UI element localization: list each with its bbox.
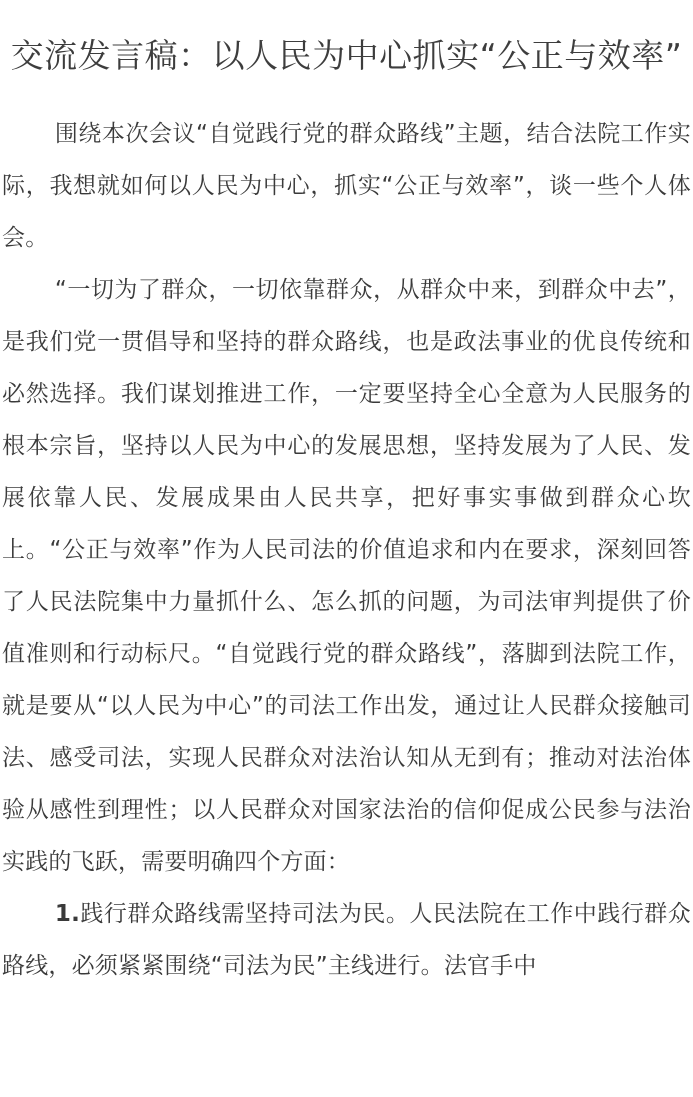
article-body: 围绕本次会议“自觉践行党的群众路线”主题，结合法院工作实际，我想就如何以人民为中… bbox=[2, 108, 691, 992]
article: 交流发言稿：以人民为中心抓实“公正与效率” 围绕本次会议“自觉践行党的群众路线”… bbox=[0, 0, 693, 992]
list-number: 1. bbox=[55, 901, 80, 927]
article-title: 交流发言稿：以人民为中心抓实“公正与效率” bbox=[2, 0, 691, 82]
paragraph-text: 践行群众路线需坚持司法为民。人民法院在工作中践行群众路线，必须紧紧围绕“司法为民… bbox=[2, 901, 691, 979]
paragraph-point-1: 1.践行群众路线需坚持司法为民。人民法院在工作中践行群众路线，必须紧紧围绕“司法… bbox=[2, 888, 691, 992]
paragraph-mass-line: “一切为了群众，一切依靠群众，从群众中来，到群众中去”，是我们党一贯倡导和坚持的… bbox=[2, 264, 691, 888]
paragraph-text: 围绕本次会议“自觉践行党的群众路线”主题，结合法院工作实际，我想就如何以人民为中… bbox=[2, 121, 691, 251]
paragraph-intro: 围绕本次会议“自觉践行党的群众路线”主题，结合法院工作实际，我想就如何以人民为中… bbox=[2, 108, 691, 264]
paragraph-text: “一切为了群众，一切依靠群众，从群众中来，到群众中去”，是我们党一贯倡导和坚持的… bbox=[2, 277, 691, 875]
